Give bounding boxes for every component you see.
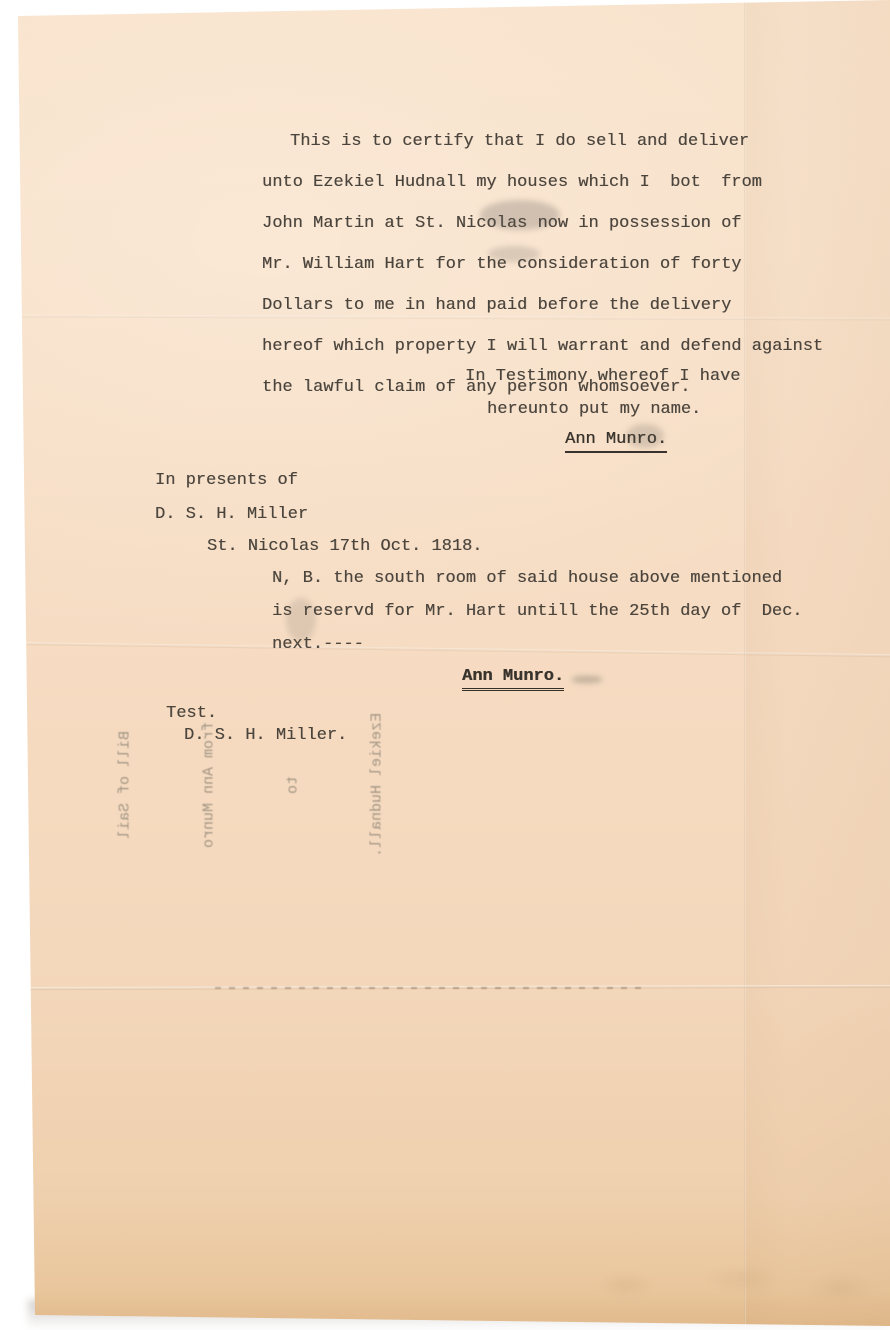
fold-crease-grain — [215, 987, 645, 989]
fold-crease-vertical — [744, 0, 746, 1330]
testimony-line: hereunto put my name. — [487, 399, 701, 420]
nb-line: is reservd for Mr. Hart untill the 25th … — [272, 601, 803, 622]
docket-line: Ezekiel Hudnall. — [364, 698, 392, 873]
ink-smudge — [626, 424, 664, 448]
document-page: This is to certify that I do sell and de… — [0, 0, 890, 1330]
testimony-line: In Testimony whereof I have — [465, 366, 740, 387]
dateline: St. Nicolas 17th Oct. 1818. — [207, 536, 482, 557]
body-line: Dollars to me in hand paid before the de… — [262, 295, 731, 316]
body-line: unto Ezekiel Hudnall my houses which I b… — [262, 172, 762, 193]
body-line: hereof which property I will warrant and… — [262, 336, 823, 357]
docket-line: from Ann Munro — [196, 698, 224, 873]
ink-smudge — [480, 200, 560, 230]
nb-line: N, B. the south room of said house above… — [272, 568, 782, 589]
bleed-through-stamp — [560, 1255, 890, 1315]
witness-name: D. S. H. Miller — [155, 504, 308, 525]
ink-smudge — [488, 246, 540, 262]
body-line: This is to certify that I do sell and de… — [290, 131, 749, 152]
bleed-through-docket: Bill of Sail from Ann Munro to Ezekiel H… — [56, 698, 168, 873]
ink-smudge — [286, 598, 316, 642]
scanned-page-background: This is to certify that I do sell and de… — [0, 0, 890, 1330]
signature-ann-munro-2: Ann Munro. — [462, 666, 564, 691]
fold-shading-right — [745, 0, 890, 1330]
witness-heading: In presents of — [155, 470, 298, 491]
docket-line: to — [280, 698, 308, 873]
docket-line: Bill of Sail — [112, 698, 140, 873]
pencil-mark — [572, 676, 602, 683]
nb-line: next.---- — [272, 634, 364, 655]
